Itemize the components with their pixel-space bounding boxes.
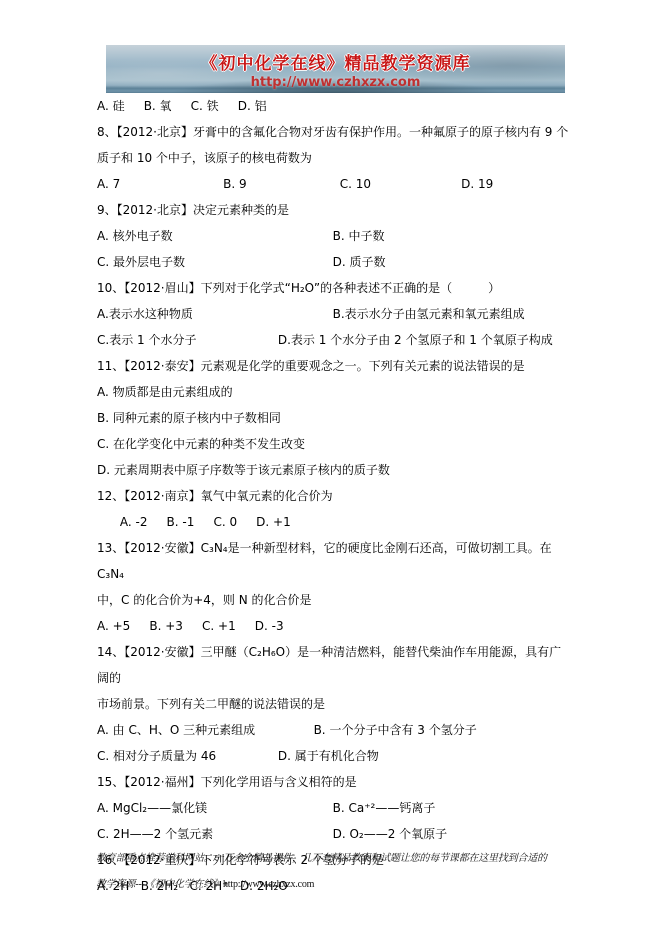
option-cell: B.表示水分子由氢元素和氧元素组成 — [333, 301, 573, 327]
doc-line: C. 最外层电子数D. 质子数 — [97, 249, 573, 275]
doc-line: 10、【2012·眉山】下列对于化学式“H₂O”的各种表述不正确的是（ ） — [97, 275, 573, 301]
doc-line: A. MgCl₂——氯化镁B. Ca⁺²——钙离子 — [97, 795, 573, 821]
option-cell: A. 7 — [97, 171, 223, 197]
footer-line-1: 教育部重点推荐学科网站。一万余个精品课件，几万套精品教案和试题让您的每节课都在这… — [96, 847, 578, 873]
doc-line: A. -2 B. -1 C. 0 D. +1 — [97, 509, 573, 535]
doc-line: A. 核外电子数B. 中子数 — [97, 223, 573, 249]
doc-line: C. 2H——2 个氢元素D. O₂——2 个氧原子 — [97, 821, 573, 847]
option-cell: D. 属于有机化合物 — [278, 743, 573, 769]
option-cell: B. Ca⁺²——钙离子 — [333, 795, 573, 821]
doc-line: 质子和 10 个中子，该原子的核电荷数为 — [97, 145, 573, 171]
option-cell: D. 19 — [461, 171, 573, 197]
option-cell: A.表示水这种物质 — [97, 301, 333, 327]
doc-line: A. 7B. 9C. 10D. 19 — [97, 171, 573, 197]
doc-line: 14、【2012·安徽】三甲醚（C₂H₆O）是一种清洁燃料，能替代柴油作车用能源… — [97, 639, 573, 691]
doc-line: 13、【2012·安徽】C₃N₄是一种新型材料，它的硬度比金刚石还高，可做切割工… — [97, 535, 573, 587]
option-cell: A. 由 C、H、O 三种元素组成 — [97, 717, 314, 743]
option-cell: A. MgCl₂——氯化镁 — [97, 795, 333, 821]
option-cell: D. 质子数 — [333, 249, 573, 275]
doc-line: 15、【2012·福州】下列化学用语与含义相符的是 — [97, 769, 573, 795]
doc-line: 中，C 的化合价为+4，则 N 的化合价是 — [97, 587, 573, 613]
banner-url: http://www.czhxzx.com — [106, 75, 565, 90]
option-cell: D.表示 1 个水分子由 2 个氢原子和 1 个氧原子构成 — [278, 327, 573, 353]
option-cell: B. 9 — [223, 171, 340, 197]
doc-line: 市场前景。下列有关二甲醚的说法错误的是 — [97, 691, 573, 717]
doc-line: A. +5 B. +3 C. +1 D. -3 — [97, 613, 573, 639]
exam-page: { "banner": { "title": "《初中化学在线》精品教学资源库"… — [0, 0, 661, 935]
option-cell: C. 最外层电子数 — [97, 249, 333, 275]
option-cell: B. 一个分子中含有 3 个氢分子 — [314, 717, 573, 743]
option-cell: C. 2H——2 个氢元素 — [97, 821, 333, 847]
option-cell: A. 核外电子数 — [97, 223, 333, 249]
doc-line: 11、【2012·泰安】元素观是化学的重要观念之一。下列有关元素的说法错误的是 — [97, 353, 573, 379]
option-cell: D. O₂——2 个氧原子 — [333, 821, 573, 847]
option-cell: C.表示 1 个水分子 — [97, 327, 278, 353]
doc-line: C. 相对分子质量为 46D. 属于有机化合物 — [97, 743, 573, 769]
doc-line: A.表示水这种物质B.表示水分子由氢元素和氧元素组成 — [97, 301, 573, 327]
doc-line: A. 由 C、H、O 三种元素组成B. 一个分子中含有 3 个氢分子 — [97, 717, 573, 743]
footer-line-2: 教学资源---《初中化学在线》http://www.czhxzx.com — [96, 873, 578, 899]
doc-line: 9、【2012·北京】决定元素种类的是 — [97, 197, 573, 223]
banner-title: 《初中化学在线》精品教学资源库 — [106, 49, 565, 74]
doc-line: D. 元素周期表中原子序数等于该元素原子核内的质子数 — [97, 457, 573, 483]
option-cell: B. 中子数 — [333, 223, 573, 249]
page-footer: 教育部重点推荐学科网站。一万余个精品课件，几万套精品教案和试题让您的每节课都在这… — [96, 847, 578, 899]
doc-line: B. 同种元素的原子核内中子数相同 — [97, 405, 573, 431]
doc-line: A. 物质都是由元素组成的 — [97, 379, 573, 405]
footer-line-2-text: 教学资源---《初中化学在线》 — [96, 879, 223, 890]
doc-line: C.表示 1 个水分子D.表示 1 个水分子由 2 个氢原子和 1 个氧原子构成 — [97, 327, 573, 353]
doc-line: 8、【2012·北京】牙膏中的含氟化合物对牙齿有保护作用。一种氟原子的原子核内有… — [97, 119, 573, 145]
footer-url: http://www.czhxzx.com — [223, 879, 314, 890]
option-cell: C. 10 — [340, 171, 461, 197]
document-body: A. 硅 B. 氧 C. 铁 D. 铝8、【2012·北京】牙膏中的含氟化合物对… — [97, 93, 573, 899]
doc-line: A. 硅 B. 氧 C. 铁 D. 铝 — [97, 93, 573, 119]
doc-line: C. 在化学变化中元素的种类不发生改变 — [97, 431, 573, 457]
option-cell: C. 相对分子质量为 46 — [97, 743, 278, 769]
site-banner: 《初中化学在线》精品教学资源库 http://www.czhxzx.com — [106, 45, 565, 93]
doc-line: 12、【2012·南京】氧气中氧元素的化合价为 — [97, 483, 573, 509]
